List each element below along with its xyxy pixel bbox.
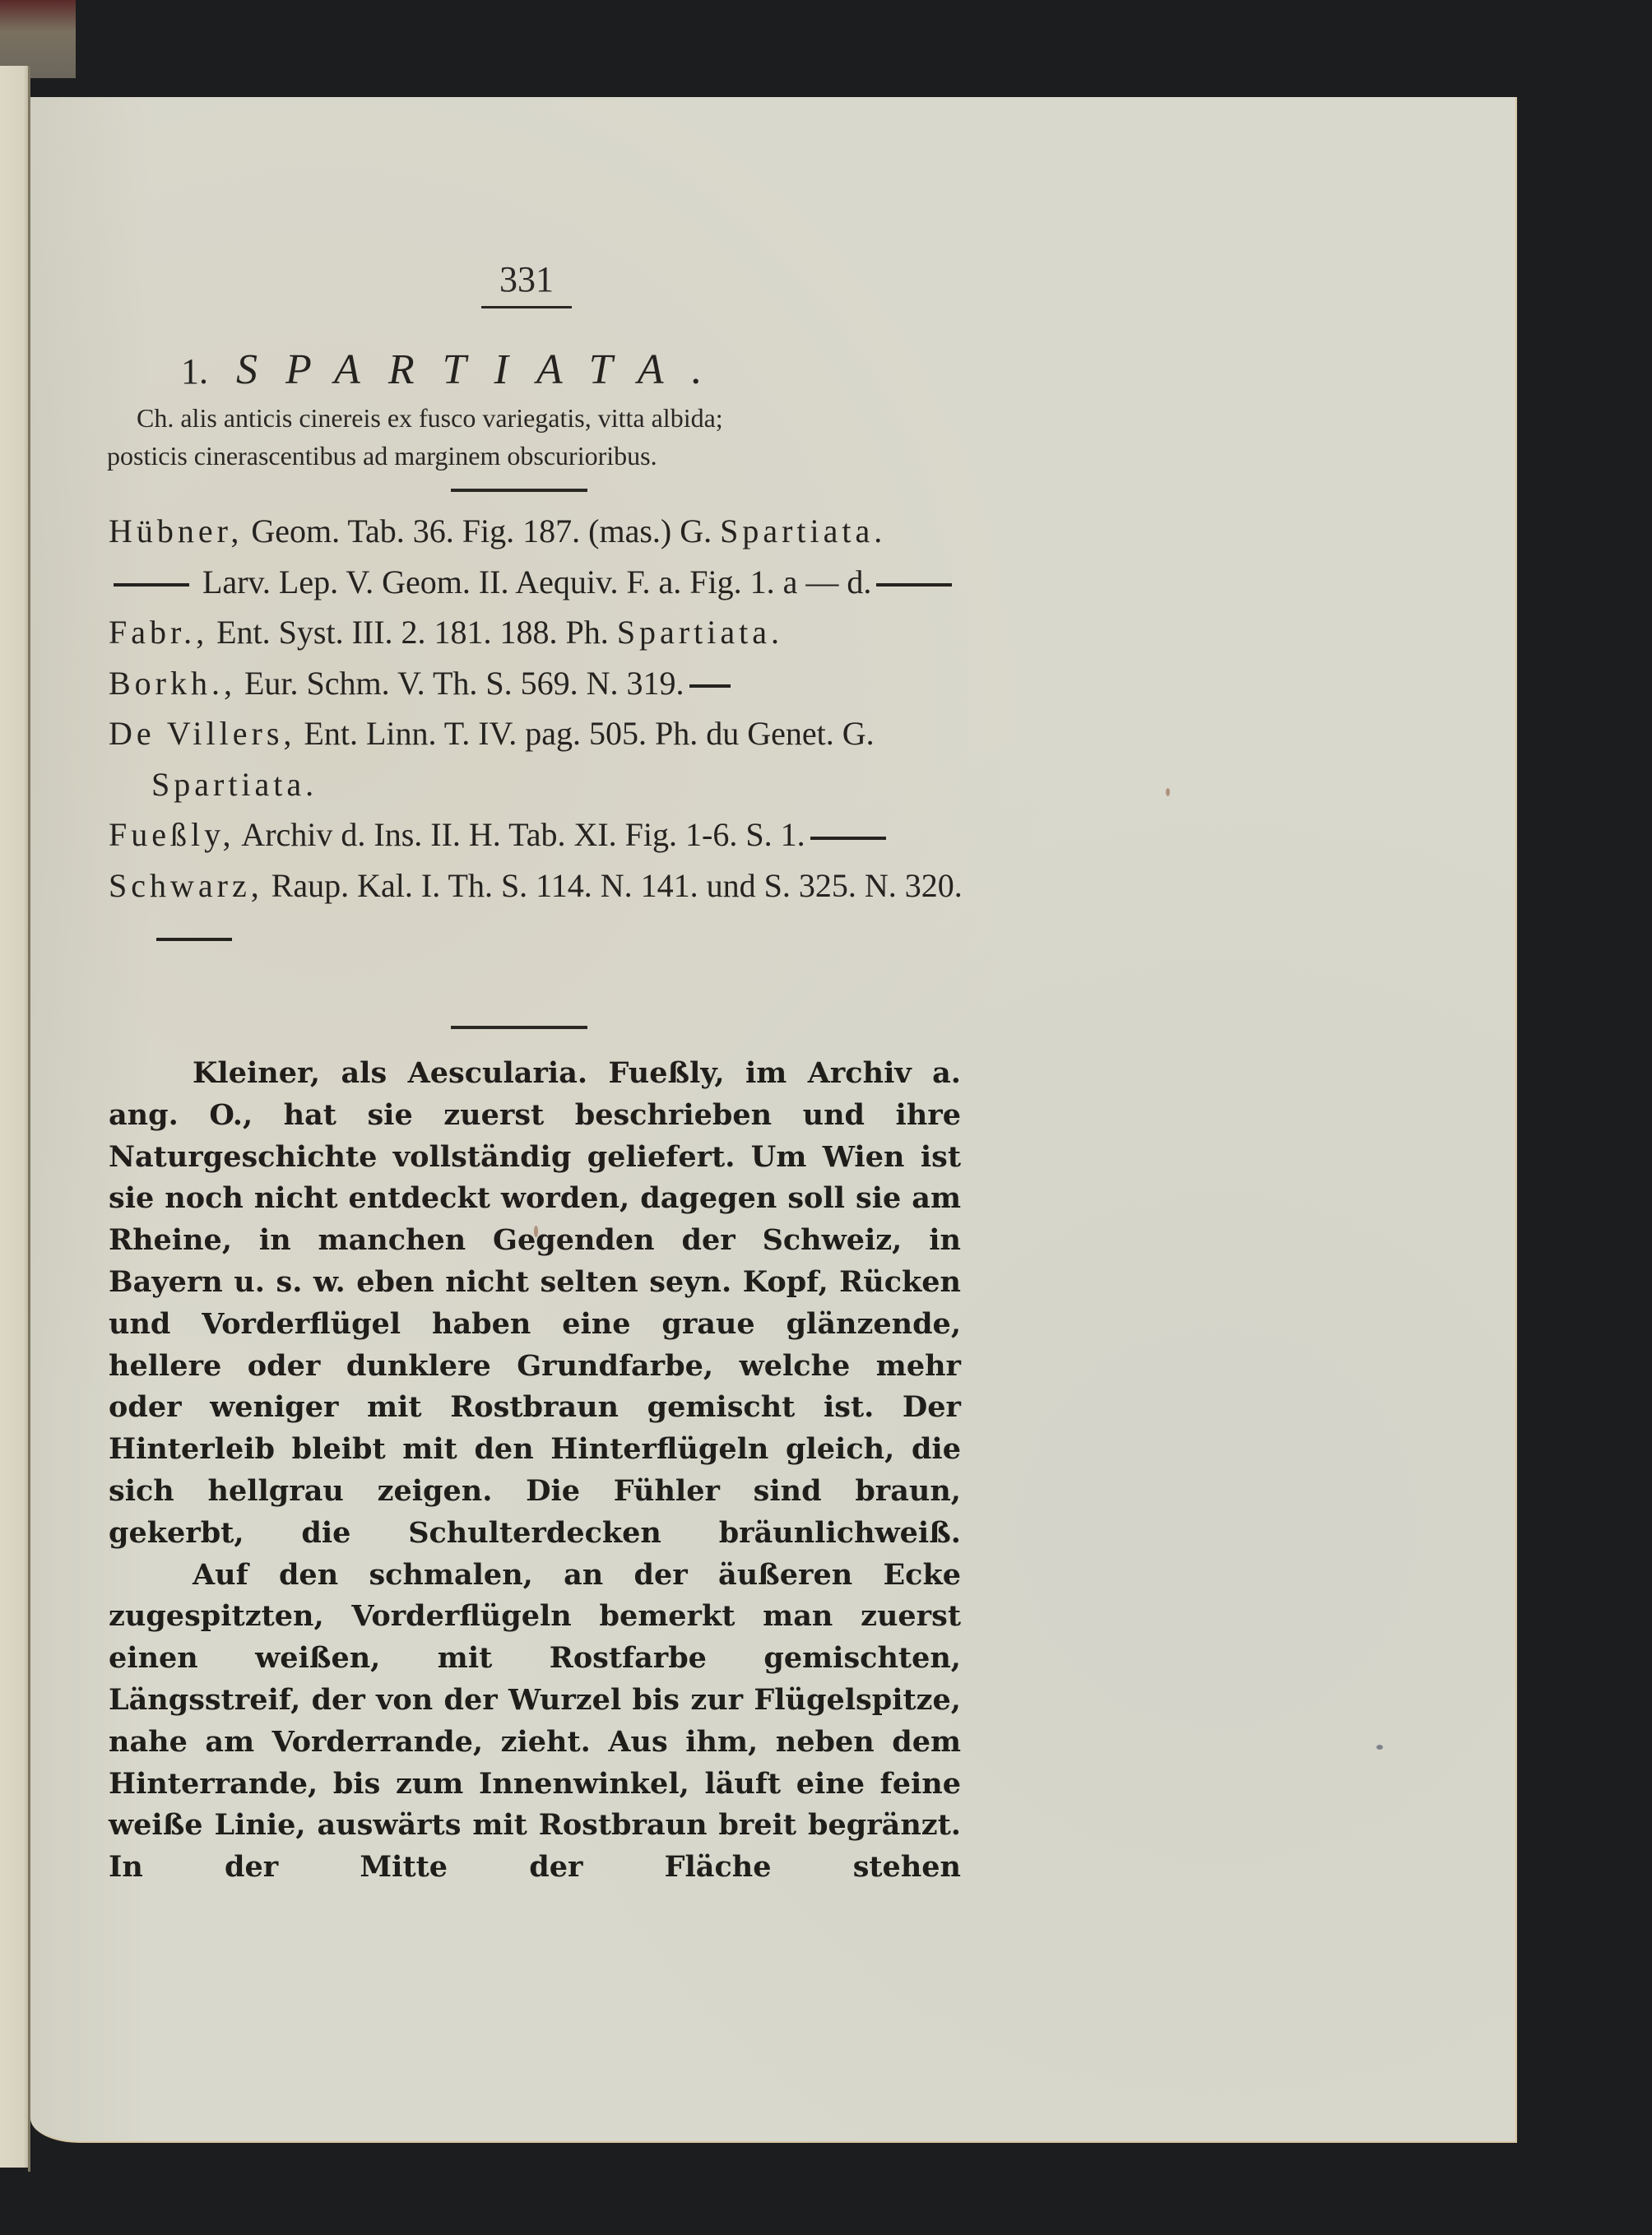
references-list: Hübner, Geom. Tab. 36. Fig. 187. (mas.) …	[109, 506, 964, 962]
paper-speck	[1376, 1745, 1383, 1750]
paper-speck	[1166, 788, 1170, 796]
paragraph-1: Kleiner, als Aescularia. Fueßly, im Arch…	[109, 1053, 961, 1555]
reference-fuessly: Fueßly, Archiv d. Ins. II. H. Tab. XI. F…	[109, 809, 964, 860]
end-dash	[810, 837, 886, 840]
latin-diagnosis: Ch. alis anticis cinereis ex fusco varie…	[107, 399, 963, 475]
section-divider	[451, 1026, 587, 1029]
reference-hubner-larv: Larv. Lep. V. Geom. II. Aequiv. F. a. Fi…	[109, 557, 964, 608]
species-heading: 1.SPARTIATA.	[181, 345, 730, 394]
reference-borkh: Borkh., Eur. Schm. V. Th. S. 569. N. 319…	[109, 658, 964, 709]
facing-page-edge	[0, 66, 30, 2168]
page-number: 331	[481, 262, 572, 308]
species-name: SPARTIATA.	[236, 346, 730, 393]
ditto-dash	[114, 583, 189, 587]
end-dash	[156, 938, 232, 941]
description-text: Kleiner, als Aescularia. Fueßly, im Arch…	[109, 1053, 961, 1889]
reference-fabr: Fabr., Ent. Syst. III. 2. 181. 188. Ph. …	[109, 607, 964, 658]
paragraph-2: Auf den schmalen, an der äußeren Ecke zu…	[109, 1555, 961, 1889]
end-dash	[689, 684, 731, 688]
reference-schwarz: Schwarz, Raup. Kal. I. Th. S. 114. N. 14…	[109, 860, 964, 962]
diagnosis-line-2: posticis cinerascentibus ad marginem obs…	[107, 441, 657, 471]
reference-hubner-geom: Hübner, Geom. Tab. 36. Fig. 187. (mas.) …	[109, 506, 964, 557]
section-divider	[451, 489, 587, 492]
end-dash	[876, 583, 952, 587]
species-number: 1.	[181, 351, 208, 392]
diagnosis-line-1: Ch. alis anticis cinereis ex fusco varie…	[107, 399, 963, 437]
reference-devillers: De Villers, Ent. Linn. T. IV. pag. 505. …	[109, 708, 964, 809]
